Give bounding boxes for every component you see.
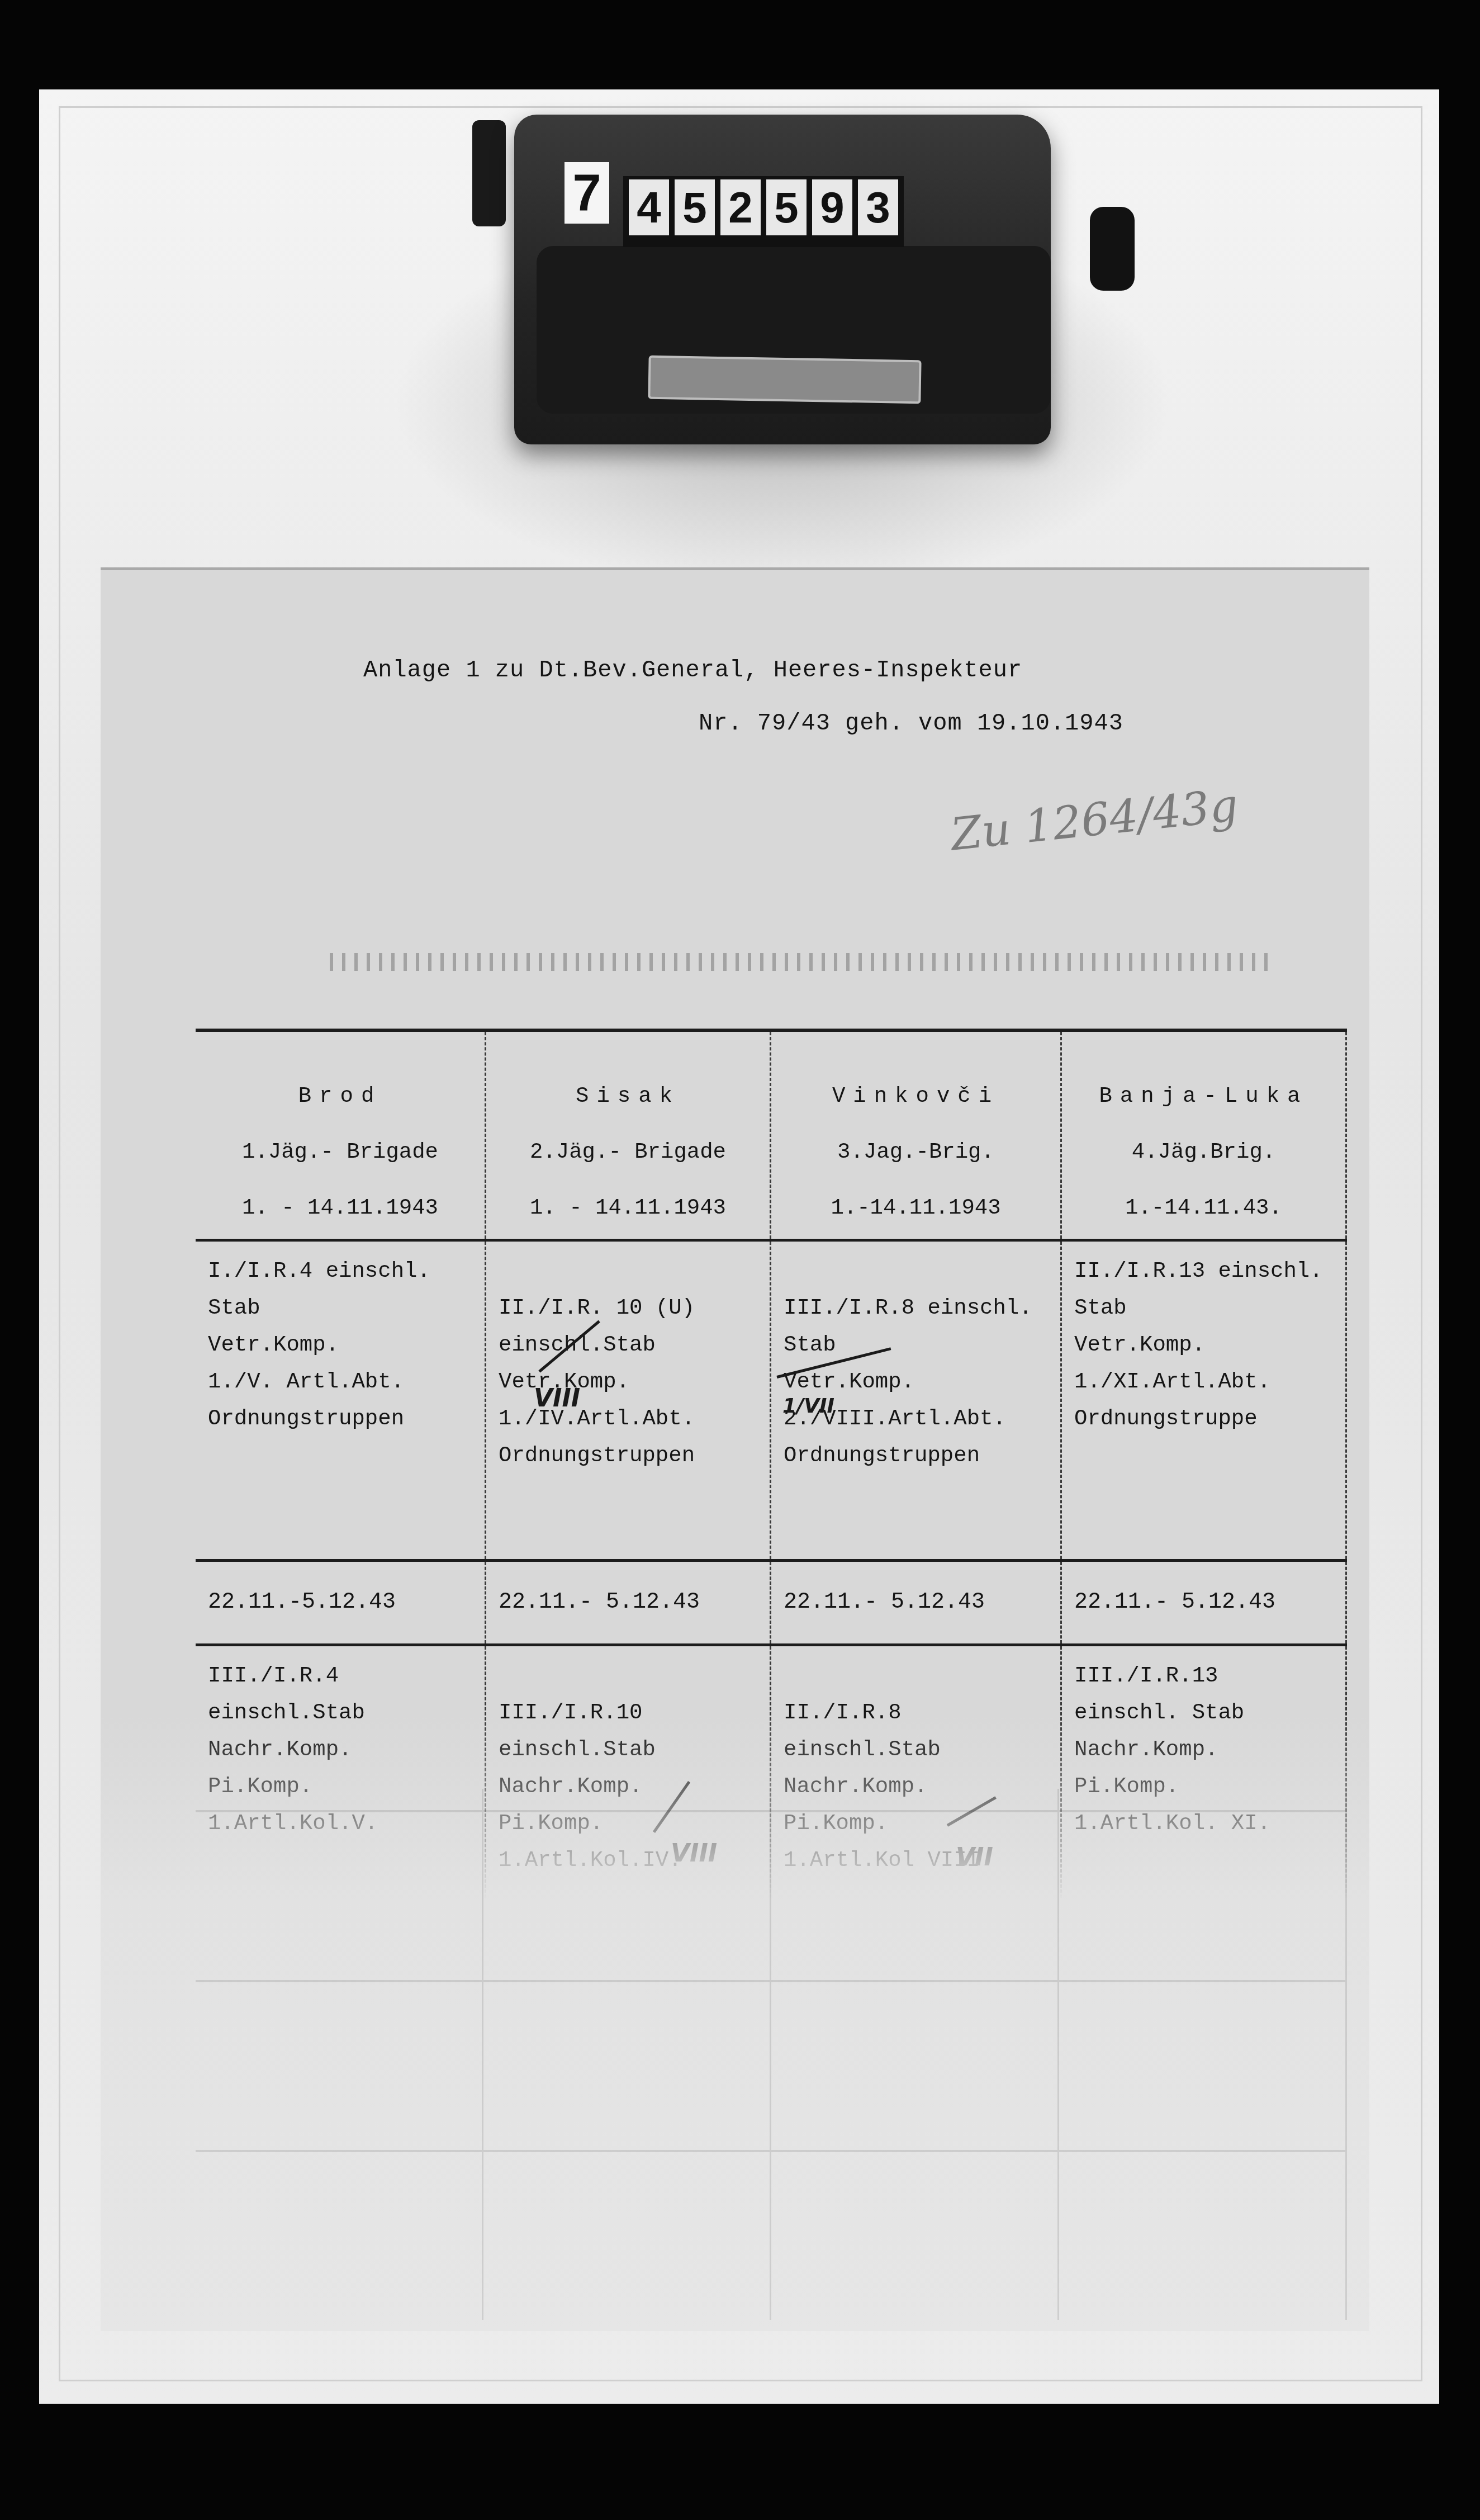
- counter-digit: 3: [858, 179, 898, 235]
- brigade-name: 4.Jäg.Brig.: [1132, 1140, 1275, 1164]
- table-cell: II./I.R. 10 (U) einschl.Stab Vetr.Komp. …: [486, 1242, 771, 1559]
- bleed-through-table-ghost: [196, 1789, 1347, 2320]
- counter-digit: 5: [766, 179, 807, 235]
- table-header-row: Brod 1.Jäg.- Brigade 1. - 14.11.1943 Sis…: [196, 1032, 1347, 1242]
- table-cell: III./I.R.8 einschl. Stab Vetr.Komp. 2./V…: [771, 1242, 1062, 1559]
- counter-digit: 9: [812, 179, 852, 235]
- brigade-name: 2.Jäg.- Brigade: [530, 1140, 726, 1164]
- document-sheet: Anlage 1 zu Dt.Bev.General, Heeres-Inspe…: [101, 567, 1369, 2331]
- table-cell-text: III./I.R.8 einschl. Stab Vetr.Komp. 2./V…: [784, 1296, 1032, 1468]
- counter-digit: 4: [629, 179, 669, 235]
- city-name: Vinkovči: [784, 1082, 1048, 1110]
- table-row-units-first-period: I./I.R.4 einschl. Stab Vetr.Komp. 1./V. …: [196, 1242, 1347, 1562]
- table-header-cell: Brod 1.Jäg.- Brigade 1. - 14.11.1943: [196, 1032, 486, 1239]
- table-cell: 22.11.- 5.12.43: [1062, 1562, 1347, 1643]
- illegible-smudged-line: [330, 953, 1269, 971]
- counter-digit-window: 4 5 2 5 9 3: [623, 176, 904, 247]
- table-cell: II./I.R.13 einschl. Stab Vetr.Komp. 1./X…: [1062, 1242, 1347, 1559]
- handwritten-correction: 1/VII: [782, 1388, 834, 1425]
- brigade-period: 1. - 14.11.1943: [530, 1196, 726, 1220]
- document-heading: Anlage 1 zu Dt.Bev.General, Heeres-Inspe…: [363, 657, 1022, 684]
- table-header-cell: Vinkovči 3.Jag.-Brig. 1.-14.11.1943: [771, 1032, 1062, 1239]
- brigade-name: 3.Jag.-Brig.: [837, 1140, 994, 1164]
- brigade-period: 1.-14.11.43.: [1125, 1196, 1282, 1220]
- brigade-name: 1.Jäg.- Brigade: [242, 1140, 438, 1164]
- counter-reel-label: 7: [565, 162, 609, 224]
- counter-lever: [472, 120, 506, 226]
- table-header-cell: Sisak 2.Jäg.- Brigade 1. - 14.11.1943: [486, 1032, 771, 1239]
- document-reference-number: Nr. 79/43 geh. vom 19.10.1943: [699, 710, 1123, 737]
- handwritten-reference: Zu 1264/43g: [948, 779, 1241, 860]
- brigade-period: 1.-14.11.1943: [831, 1196, 1000, 1220]
- city-name: Brod: [208, 1082, 472, 1110]
- table-header-cell: Banja-Luka 4.Jäg.Brig. 1.-14.11.43.: [1062, 1032, 1347, 1239]
- table-row-dates: 22.11.-5.12.43 22.11.- 5.12.43 22.11.- 5…: [196, 1562, 1347, 1646]
- city-name: Banja-Luka: [1074, 1082, 1333, 1110]
- counter-nameplate: [648, 356, 921, 404]
- table-cell: 22.11.-5.12.43: [196, 1562, 486, 1643]
- counter-knob: [1090, 207, 1135, 291]
- handwritten-correction: VIII: [534, 1380, 580, 1417]
- table-cell: 22.11.- 5.12.43: [486, 1562, 771, 1643]
- city-name: Sisak: [499, 1082, 757, 1110]
- counter-digit: 2: [720, 179, 761, 235]
- table-cell: 22.11.- 5.12.43: [771, 1562, 1062, 1643]
- counter-digit: 5: [675, 179, 715, 235]
- brigade-period: 1. - 14.11.1943: [242, 1196, 438, 1220]
- table-cell: I./I.R.4 einschl. Stab Vetr.Komp. 1./V. …: [196, 1242, 486, 1559]
